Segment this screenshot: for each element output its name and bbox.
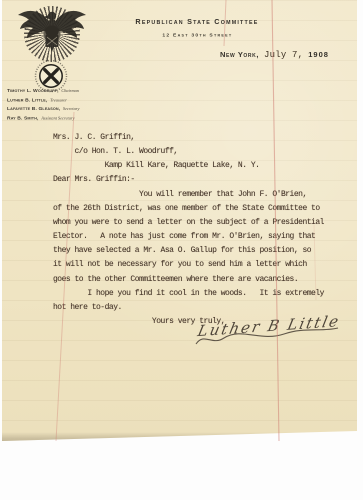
officer-title: Secretary bbox=[63, 106, 79, 111]
officer-name: Ray B. Smith, bbox=[7, 115, 39, 121]
dateline-place: New York, bbox=[220, 50, 259, 59]
dateline-year: 1908 bbox=[308, 50, 329, 59]
officer-title: Chairman bbox=[61, 88, 79, 93]
officer-title: Treasurer bbox=[50, 97, 67, 102]
officer-row: Luther B. Little, Treasurer bbox=[7, 95, 125, 104]
officer-name: Luther B. Little, bbox=[7, 97, 47, 103]
officers-list: Timothy L. Woodruff, Chairman Luther B. … bbox=[7, 86, 125, 122]
officer-title: Assistant Secretary bbox=[41, 115, 74, 120]
officer-row: Timothy L. Woodruff, Chairman bbox=[7, 86, 125, 95]
officer-row: Ray B. Smith, Assistant Secretary bbox=[7, 113, 125, 122]
letterhead-address: 12 East 30th Street bbox=[97, 26, 297, 44]
officer-row: Lafayette B. Gleason, Secretary bbox=[7, 104, 125, 113]
dateline-typed-date: July 7, bbox=[264, 50, 303, 60]
officer-name: Lafayette B. Gleason, bbox=[7, 106, 60, 112]
eagle-icon bbox=[16, 2, 88, 58]
officer-name: Timothy L. Woodruff, bbox=[7, 88, 59, 94]
dateline: New York, July 7, 1908 bbox=[220, 50, 329, 60]
signature-block: Luther B Little bbox=[190, 318, 342, 354]
scanned-letter-page: Republican State Committee 12 East 30th … bbox=[0, 0, 363, 500]
letter-body: Mrs. J. C. Griffin, c/o Hon. T. L. Woodr… bbox=[53, 131, 324, 329]
street-address: 12 East 30th Street bbox=[162, 32, 232, 38]
signature-flourish-icon bbox=[190, 318, 342, 354]
